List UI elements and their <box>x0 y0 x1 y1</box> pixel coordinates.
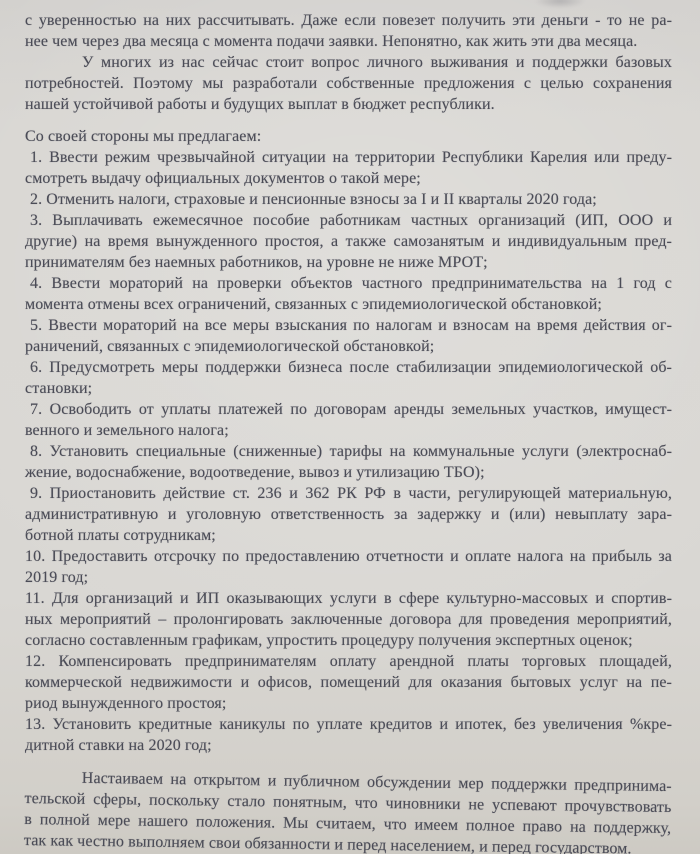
text-line: ботной платы сотрудникам; <box>25 525 672 546</box>
proposal-item-4: 4. Ввести мораторий на проверки объектов… <box>25 273 672 315</box>
text-line: 6. Предусмотреть меры поддержки бизнеса … <box>25 357 672 378</box>
proposal-item-5: 5. Ввести мораторий на все меры взыскани… <box>25 315 672 357</box>
proposal-item-8: 8. Установить специальные (сниженные) та… <box>25 441 672 483</box>
text-line: становки; <box>25 378 672 399</box>
proposals-heading: Со своей стороны мы предлагаем: <box>25 126 672 147</box>
proposal-item-11: 11. Для организаций и ИП оказывающих усл… <box>25 588 672 651</box>
text-line: 2019 год; <box>25 567 672 588</box>
proposal-item-7: 7. Освободить от уплаты платежей по дого… <box>25 399 672 441</box>
text-line: 3. Выплачивать ежемесячное пособие работ… <box>25 210 672 231</box>
text-line: 7. Освободить от уплаты платежей по дого… <box>25 399 672 420</box>
text-line: 9. Приостановить действие ст. 236 и 362 … <box>25 483 672 504</box>
text-line: дитной ставки на 2020 год; <box>25 735 672 756</box>
text-line: другие) на время вынужденного простоя, а… <box>25 231 672 252</box>
text-line: 8. Установить специальные (сниженные) та… <box>25 441 672 462</box>
proposal-item-6: 6. Предусмотреть меры поддержки бизнеса … <box>25 357 672 399</box>
text-line: коммерческой недвижимости и офисов, поме… <box>25 672 672 693</box>
text-line: У многих из нас сейчас стоит вопрос личн… <box>25 52 672 73</box>
text-line: смотреть выдачу официальных документов о… <box>25 168 672 189</box>
proposal-item-9: 9. Приостановить действие ст. 236 и 362 … <box>25 483 672 546</box>
text-line: 12. Компенсировать предпринимателям опла… <box>25 651 672 672</box>
text-line: 10. Предоставить отсрочку по предоставле… <box>25 546 672 567</box>
intro-paragraph-continued: с уверенностью на них рассчитывать. Даже… <box>25 10 672 52</box>
text-line: раничений, связанных с эпидемиологическо… <box>25 336 672 357</box>
text-line: 2. Отменить налоги, страховые и пенсионн… <box>25 189 672 210</box>
text-line: венного и земельного налога; <box>25 420 672 441</box>
proposal-item-10: 10. Предоставить отсрочку по предоставле… <box>25 546 672 588</box>
proposal-item-1: 1. Ввести режим чрезвычайной ситуации на… <box>25 147 672 189</box>
text-line: 11. Для организаций и ИП оказывающих усл… <box>25 588 672 609</box>
text-line: нашей устойчивой работы и будущих выплат… <box>25 94 672 115</box>
proposal-item-12: 12. Компенсировать предпринимателям опла… <box>25 651 672 714</box>
text-line: 1. Ввести режим чрезвычайной ситуации на… <box>25 147 672 168</box>
proposal-item-2: 2. Отменить налоги, страховые и пенсионн… <box>25 189 672 210</box>
text-line: момента отмены всех ограничений, связанн… <box>25 294 672 315</box>
text-line: 13. Установить кредитные каникулы по упл… <box>25 714 672 735</box>
text-line: 5. Ввести мораторий на все меры взыскани… <box>25 315 672 336</box>
text-line: риод вынужденного простоя; <box>25 693 672 714</box>
text-line: Со своей стороны мы предлагаем: <box>25 126 672 147</box>
text-line: потребностей. Поэтому мы разработали соб… <box>25 73 672 94</box>
intro-paragraph-survival: У многих из нас сейчас стоит вопрос личн… <box>25 52 672 115</box>
text-line: согласно составленным графикам, упростит… <box>25 630 672 651</box>
text-line: принимателям без наемных работников, на … <box>25 252 672 273</box>
document-body: с уверенностью на них рассчитывать. Даже… <box>0 0 700 851</box>
text-line: 4. Ввести мораторий на проверки объектов… <box>25 273 672 294</box>
text-line: жение, водоснабжение, водоотведение, выв… <box>25 462 672 483</box>
proposal-item-3: 3. Выплачивать ежемесячное пособие работ… <box>25 210 672 273</box>
scanned-document-page: с уверенностью на них рассчитывать. Даже… <box>0 0 700 854</box>
proposal-item-13: 13. Установить кредитные каникулы по упл… <box>25 714 672 756</box>
text-line: нее чем через два месяца с момента подач… <box>25 31 672 52</box>
text-line: ных мероприятий – пролонгировать заключе… <box>25 609 672 630</box>
text-line: с уверенностью на них рассчитывать. Даже… <box>25 10 672 31</box>
text-line: административную и уголовную ответственн… <box>25 504 672 525</box>
closing-paragraph: Настаиваем на открытом и публичном обсуж… <box>24 767 672 854</box>
